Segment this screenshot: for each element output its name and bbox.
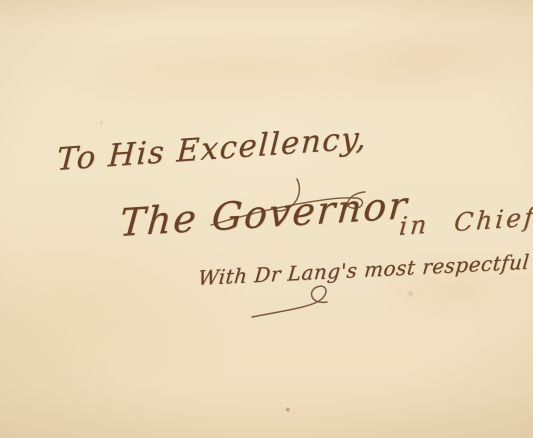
inscription-line-recipient: To His Excellency, [56,120,368,178]
inscription-line-title: The Governor [118,183,410,245]
underline-paraph-flourish [252,286,327,317]
inscription-line-compliments: With Dr Lang's most respectful Complimen… [197,243,533,290]
aged-book-page: To His Excellency, The Governor in Chief… [0,0,533,438]
inscription-line-title-suffix: in Chief [398,202,533,241]
